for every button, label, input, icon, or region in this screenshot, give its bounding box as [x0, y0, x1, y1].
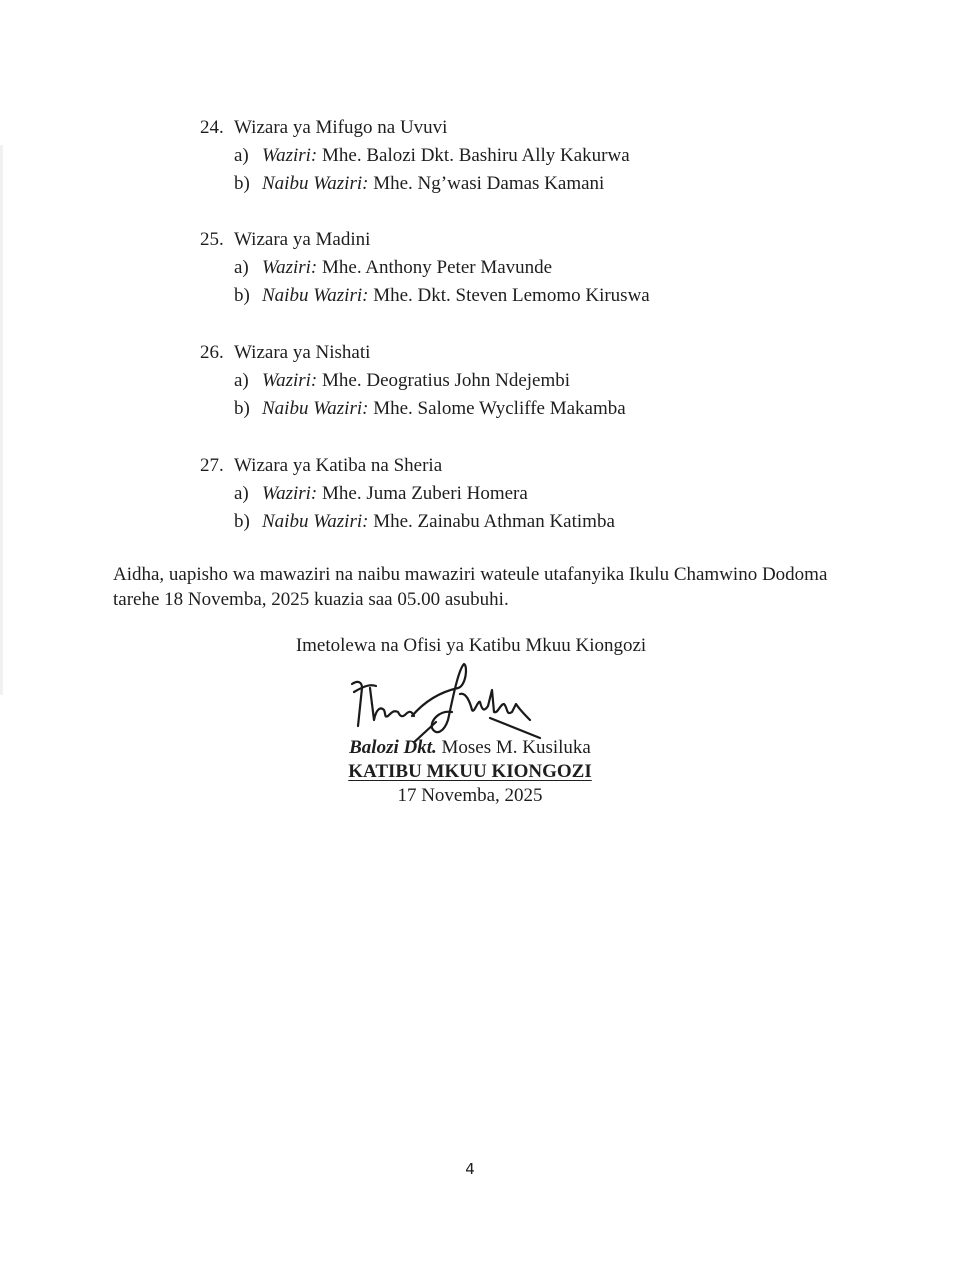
role-label: Waziri: [262, 370, 317, 391]
ministry-name: Wizara ya Katiba na Sheria [234, 455, 442, 476]
signature-icon [340, 662, 560, 742]
ministry-name: Wizara ya Mifugo na Uvuvi [234, 117, 447, 138]
item-letter: b) [234, 395, 262, 423]
item-letter: a) [234, 142, 262, 170]
role-label: Waziri: [262, 257, 317, 278]
appointee-name: Mhe. Anthony Peter Mavunde [322, 257, 552, 278]
ministry-name: Wizara ya Madini [234, 229, 370, 250]
appointee-name: Mhe. Zainabu Athman Katimba [373, 511, 615, 532]
appointee-name: Mhe. Deogratius John Ndejembi [322, 370, 570, 391]
ministry-24: 24.Wizara ya Mifugo na Uvuvi a)Waziri: M… [200, 114, 800, 198]
ministry-name: Wizara ya Nishati [234, 342, 370, 363]
ministry-heading: 26.Wizara ya Nishati [200, 339, 800, 367]
closing-paragraph: Aidha, uapisho wa mawaziri na naibu mawa… [113, 562, 853, 612]
ministry-heading: 24.Wizara ya Mifugo na Uvuvi [200, 114, 800, 142]
item-letter: a) [234, 254, 262, 282]
ministry-26: 26.Wizara ya Nishati a)Waziri: Mhe. Deog… [200, 339, 800, 423]
appointee-name: Mhe. Ng’wasi Damas Kamani [373, 173, 604, 194]
ministry-27: 27.Wizara ya Katiba na Sheria a)Waziri: … [200, 452, 800, 536]
issued-by-line: Imetolewa na Ofisi ya Katibu Mkuu Kiongo… [0, 633, 942, 658]
signatory-title: Balozi Dkt. [349, 737, 437, 758]
appointment-minister: a)Waziri: Mhe. Anthony Peter Mavunde [200, 254, 800, 282]
ministry-heading: 25.Wizara ya Madini [200, 226, 800, 254]
ministry-25: 25.Wizara ya Madini a)Waziri: Mhe. Antho… [200, 226, 800, 310]
ministry-number: 24. [200, 114, 234, 142]
appointee-name: Mhe. Dkt. Steven Lemomo Kiruswa [373, 285, 650, 306]
scan-edge-shadow [0, 145, 3, 695]
role-label: Naibu Waziri: [262, 285, 368, 306]
signatory-name: Moses M. Kusiluka [442, 737, 591, 758]
appointee-name: Mhe. Juma Zuberi Homera [322, 483, 528, 504]
page-number: 4 [0, 1160, 940, 1178]
item-letter: b) [234, 282, 262, 310]
appointee-name: Mhe. Balozi Dkt. Bashiru Ally Kakurwa [322, 145, 630, 166]
role-label: Naibu Waziri: [262, 173, 368, 194]
appointment-minister: a)Waziri: Mhe. Balozi Dkt. Bashiru Ally … [200, 142, 800, 170]
appointment-minister: a)Waziri: Mhe. Deogratius John Ndejembi [200, 367, 800, 395]
role-label: Waziri: [262, 145, 317, 166]
signatory-office: KATIBU MKUU KIONGOZI [0, 760, 940, 784]
item-letter: b) [234, 170, 262, 198]
role-label: Naibu Waziri: [262, 511, 368, 532]
role-label: Waziri: [262, 483, 317, 504]
appointment-deputy: b)Naibu Waziri: Mhe. Ng’wasi Damas Kaman… [200, 170, 800, 198]
appointment-deputy: b)Naibu Waziri: Mhe. Dkt. Steven Lemomo … [200, 282, 800, 310]
ministry-heading: 27.Wizara ya Katiba na Sheria [200, 452, 800, 480]
signature-date: 17 Novemba, 2025 [0, 784, 940, 808]
appointment-deputy: b)Naibu Waziri: Mhe. Salome Wycliffe Mak… [200, 395, 800, 423]
appointment-deputy: b)Naibu Waziri: Mhe. Zainabu Athman Kati… [200, 508, 800, 536]
appointee-name: Mhe. Salome Wycliffe Makamba [373, 398, 625, 419]
document-page: 24.Wizara ya Mifugo na Uvuvi a)Waziri: M… [0, 0, 960, 1280]
item-letter: a) [234, 367, 262, 395]
item-letter: a) [234, 480, 262, 508]
item-letter: b) [234, 508, 262, 536]
ministry-number: 25. [200, 226, 234, 254]
ministry-number: 26. [200, 339, 234, 367]
role-label: Naibu Waziri: [262, 398, 368, 419]
signatory-name-line: Balozi Dkt. Moses M. Kusiluka [0, 736, 940, 760]
appointment-minister: a)Waziri: Mhe. Juma Zuberi Homera [200, 480, 800, 508]
ministry-number: 27. [200, 452, 234, 480]
